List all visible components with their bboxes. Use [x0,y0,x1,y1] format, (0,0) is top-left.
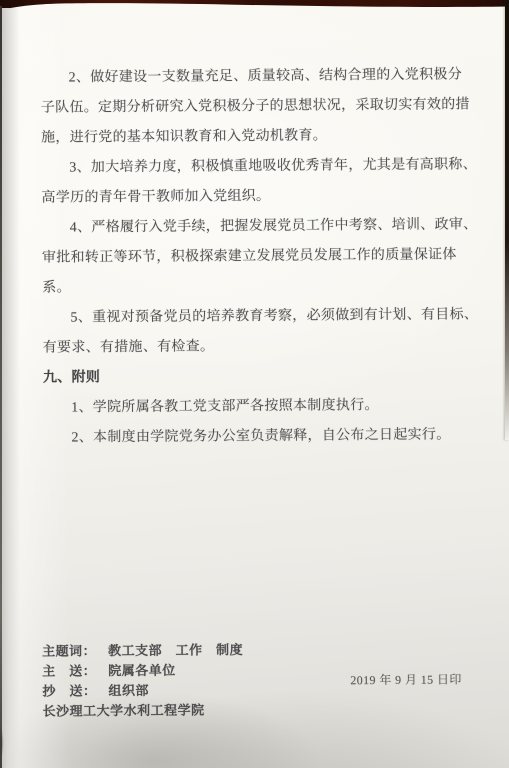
body-paragraph-5: 5、重视对预备党员的培养教育考察，必须做到有计划、有目标、 有要求、有措施、有检… [42,300,492,364]
print-date: 2019 年 9 月 15 日印 [350,670,462,688]
page-right-edge-shadow [505,0,509,440]
footer-issuer: 长沙理工大学水利工程学院 [42,700,243,722]
appendix-item-1: 1、学院所属各教工党支部严各按照本制度执行。 [43,390,493,424]
printed-content: 2、做好建设一支数量充足、质量较高、结构合理的入党积极分 子队伍。定期分析研究入… [0,0,509,768]
document-footer: 主题词：教工支部 工作 制度 主 送：院属各单位 抄 送：组织部 长沙理工大学水… [42,640,244,722]
main-send-label: 主 送： [42,661,96,681]
page-stack-edge [2,8,20,768]
footer-main-send-row: 主 送：院属各单位 [42,660,243,682]
body-paragraph-3: 3、加大培养力度，积极慎重地吸收优秀青年，尤其是有高职称、 高学历的青年骨干教师… [41,150,491,214]
copy-send-label: 抄 送： [42,681,96,701]
subject-label: 主题词： [42,641,96,661]
subject-value: 教工支部 工作 制度 [108,642,243,658]
main-send-value: 院属各单位 [108,663,176,679]
copy-send-value: 组织部 [108,683,149,698]
body-paragraph-4: 4、严格履行入党手续，把握发展党员工作中考察、培训、政审、 审批和转正等环节，积… [42,210,493,304]
body-paragraph-2: 2、做好建设一支数量充足、质量较高、结构合理的入党积极分 子队伍。定期分析研究入… [40,60,491,154]
footer-subject-row: 主题词：教工支部 工作 制度 [42,640,243,662]
photographed-document-page: 2、做好建设一支数量充足、质量较高、结构合理的入党积极分 子队伍。定期分析研究入… [0,0,509,768]
paper-sheet: 2、做好建设一支数量充足、质量较高、结构合理的入党积极分 子队伍。定期分析研究入… [0,0,509,768]
appendix-item-2: 2、本制度由学院党务办公室负责解释，自公布之日起实行。 [43,420,493,454]
document-body: 2、做好建设一支数量充足、质量较高、结构合理的入党积极分 子队伍。定期分析研究入… [40,60,493,454]
footer-copy-send-row: 抄 送：组织部 [42,680,243,702]
section-heading-appendix: 九、附则 [43,360,493,394]
bottom-left-smudge [0,722,7,764]
